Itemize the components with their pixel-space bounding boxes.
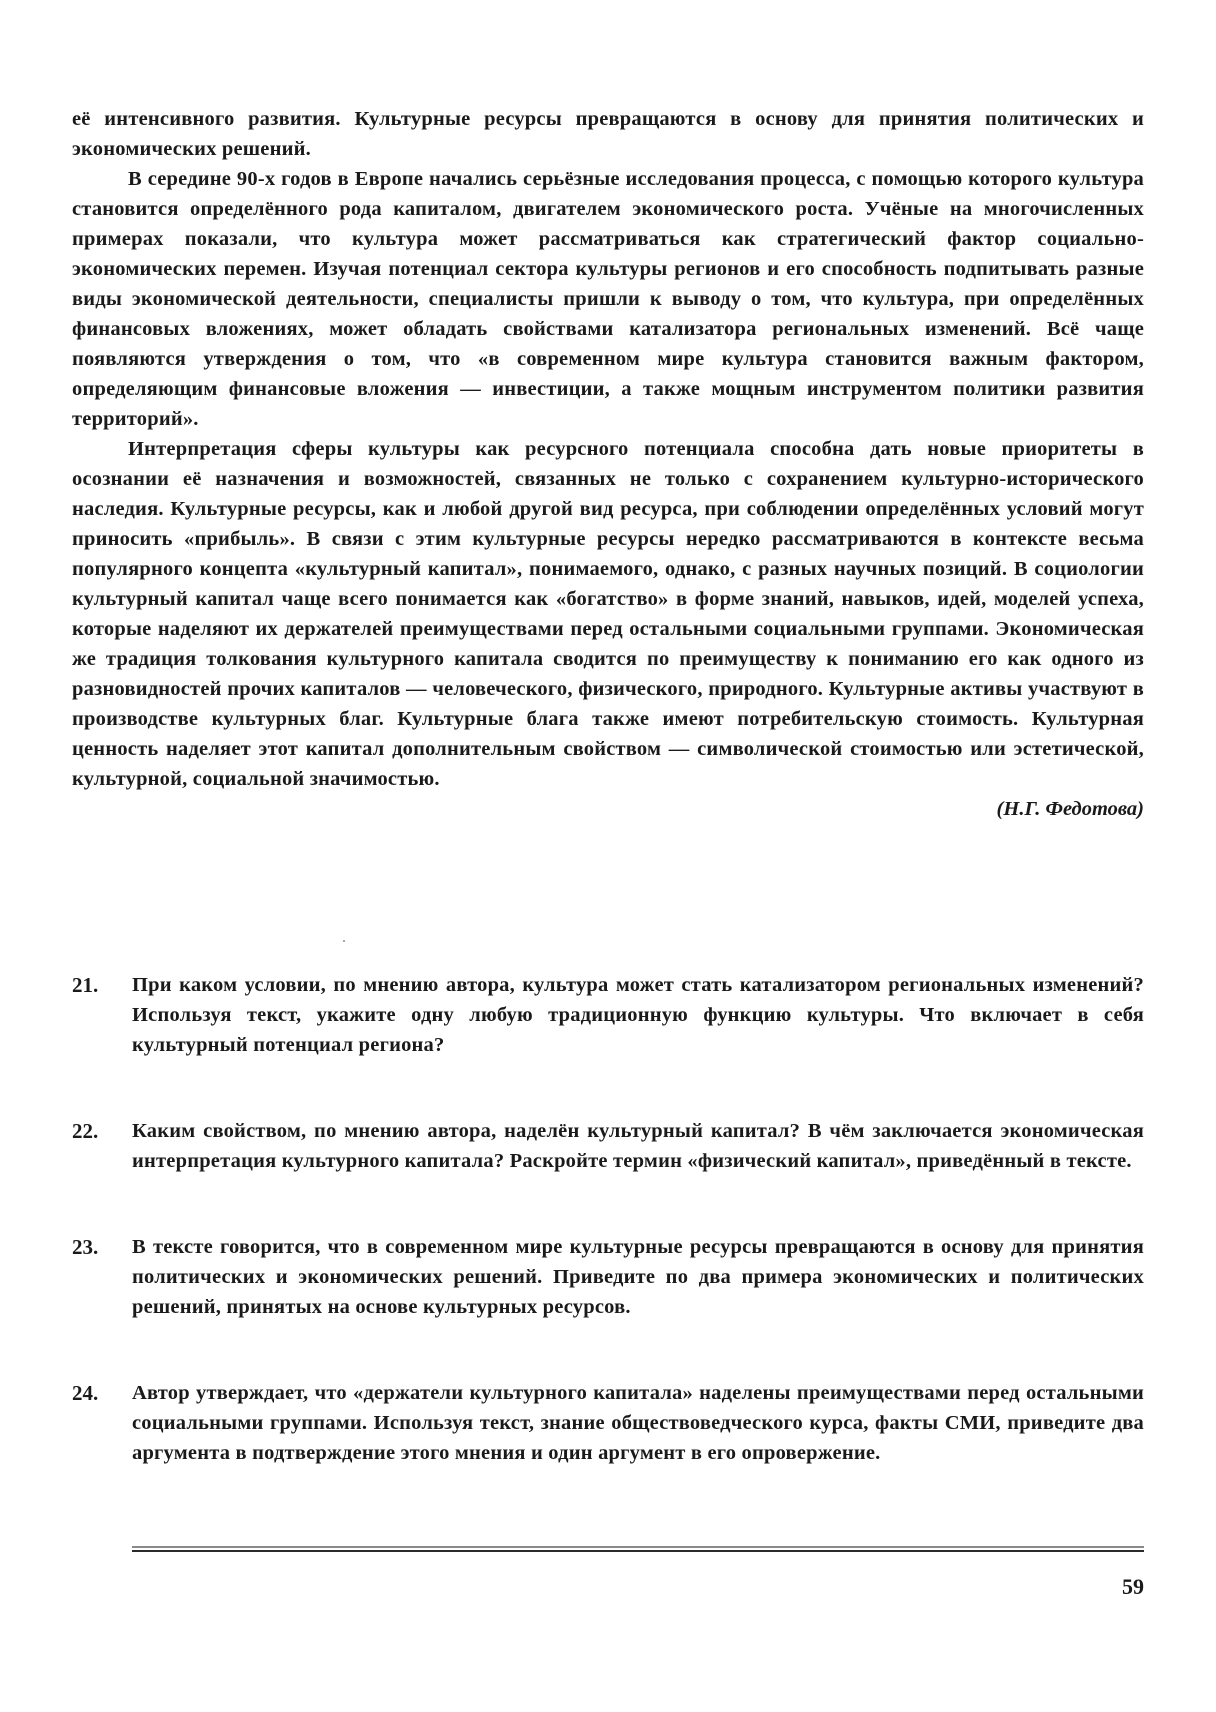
author-attribution: (Н.Г. Федотова) xyxy=(72,794,1144,824)
rule-line-top xyxy=(132,1546,1144,1548)
paragraph-cultural-capital: Интерпретация сферы культуры как ресурсн… xyxy=(72,434,1144,794)
question-text: Автор утверждает, что «держатели культур… xyxy=(132,1378,1144,1468)
footer-double-rule xyxy=(132,1546,1144,1553)
question-number: 21. xyxy=(72,970,132,1000)
question-22: 22. Каким свойством, по мнению автора, н… xyxy=(72,1116,1144,1176)
question-text: В тексте говорится, что в современном ми… xyxy=(132,1232,1144,1322)
rule-line-bottom xyxy=(132,1550,1144,1552)
question-number: 23. xyxy=(72,1232,132,1262)
question-24: 24. Автор утверждает, что «держатели кул… xyxy=(72,1378,1144,1468)
page-number: 59 xyxy=(1122,1573,1144,1601)
question-number: 24. xyxy=(72,1378,132,1408)
question-number: 22. xyxy=(72,1116,132,1146)
paragraph-continuation: её интенсивного развития. Культурные рес… xyxy=(72,104,1144,164)
scan-artifact-dot xyxy=(343,940,345,942)
question-text: Каким свойством, по мнению автора, надел… xyxy=(132,1116,1144,1176)
question-text: При каком условии, по мнению автора, кул… xyxy=(132,970,1144,1060)
question-23: 23. В тексте говорится, что в современно… xyxy=(72,1232,1144,1322)
questions-list: 21. При каком условии, по мнению автора,… xyxy=(72,970,1144,1524)
paragraph-european-research: В середине 90-х годов в Европе начались … xyxy=(72,164,1144,434)
source-text: её интенсивного развития. Культурные рес… xyxy=(72,104,1144,824)
question-21: 21. При каком условии, по мнению автора,… xyxy=(72,970,1144,1060)
